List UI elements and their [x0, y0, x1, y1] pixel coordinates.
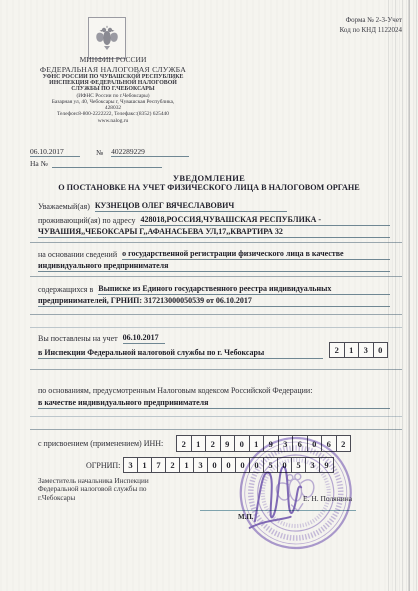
digit-cell: 2: [165, 457, 180, 473]
signer-title-line-2: Федеральной налоговой службы по: [38, 485, 149, 493]
form-number: Форма № 2-3-Учет: [340, 16, 402, 26]
section-divider: [30, 276, 402, 277]
digit-cell: 2: [329, 342, 345, 358]
signer-title-line-1: Заместитель начальника Инспекции: [38, 477, 149, 485]
digit-cell: 7: [151, 457, 166, 473]
reply-ref-blank: [52, 159, 162, 168]
basis-value-2: индивидуального предпринимателя: [38, 261, 390, 272]
official-seal-stamp: [219, 422, 374, 568]
coat-of-arms-icon: [88, 17, 126, 59]
inspection-name: в Инспекции Федеральной налоговой службы…: [38, 348, 323, 359]
section-divider: [30, 327, 402, 328]
digit-cell: 1: [191, 435, 207, 452]
digit-cell: 3: [358, 342, 374, 358]
digit-cell: 1: [137, 457, 152, 473]
section-divider: [30, 416, 402, 417]
number-sign: №: [96, 148, 103, 157]
residing-row: проживающий(ая) по адресу 428018,РОССИЯ,…: [38, 215, 390, 226]
contained-row: содержащихся в Выписке из Единого госуда…: [38, 284, 390, 295]
reply-ref-label: На №: [30, 159, 48, 168]
registered-date: 06.10.2017: [123, 333, 165, 344]
digit-cell: 3: [123, 457, 138, 473]
title-line-1: УВЕДОМЛЕНИЕ: [0, 173, 418, 183]
basis-value-1: о государственной регистрации физическог…: [122, 249, 390, 260]
inn-label: с присвоением (применением) ИНН:: [38, 439, 163, 449]
section-divider: [30, 242, 402, 243]
doc-number: 402289229: [111, 147, 189, 157]
form-meta: Форма № 2-3-Учет Код по КНД 1122024: [340, 16, 402, 35]
scan-streaks: [388, 0, 418, 591]
inspection-code-boxes: 2130: [330, 342, 388, 358]
document-title: УВЕДОМЛЕНИЕ О ПОСТАНОВКЕ НА УЧЕТ ФИЗИЧЕС…: [0, 173, 418, 193]
section-divider: [30, 369, 402, 370]
digit-cell: 0: [373, 342, 389, 358]
address-line-1: 428018,РОССИЯ,ЧУВАШСКАЯ РЕСПУБЛИКА -: [140, 215, 390, 226]
salutation-label: Уважаемый(ая): [38, 202, 90, 212]
letterhead-line: ФЕДЕРАЛЬНАЯ НАЛОГОВАЯ СЛУЖБА: [18, 65, 208, 74]
knd-code: Код по КНД 1122024: [340, 26, 402, 36]
basis-label: на основании сведений: [38, 250, 117, 260]
scanned-document-page: Форма № 2-3-Учет Код по КНД 1122024 МИНФ…: [0, 0, 418, 591]
digit-cell: 0: [207, 457, 222, 473]
contained-label: содержащихся в: [38, 285, 93, 295]
reference-line: 06.10.2017 № 402289229: [30, 147, 189, 157]
title-line-2: О ПОСТАНОВКЕ НА УЧЕТ ФИЗИЧЕСКОГО ЛИЦА В …: [0, 183, 418, 193]
letterhead-line: МИНФИН РОССИИ: [18, 56, 208, 65]
capacity-text: в качестве индивидуального предпринимате…: [38, 398, 390, 409]
letterhead: МИНФИН РОССИИ ФЕДЕРАЛЬНАЯ НАЛОГОВАЯ СЛУЖ…: [18, 56, 208, 124]
digit-cell: 2: [176, 435, 192, 452]
section-divider: [30, 314, 402, 315]
person-name: КУЗНЕЦОВ ОЛЕГ ВЯЧЕСЛАВОВИЧ: [95, 201, 287, 212]
contained-value-1: Выписке из Единого государственного реес…: [98, 284, 390, 295]
reply-reference-line: На №: [30, 159, 162, 168]
basis-row: на основании сведений о государственной …: [38, 249, 390, 260]
scan-streak-line: [408, 0, 410, 591]
digit-cell: 3: [193, 457, 208, 473]
registered-label: Вы поставлены на учет: [38, 334, 118, 344]
contained-value-2: предпринимателей, ГРНИП: 317213000050539…: [38, 296, 390, 307]
digit-cell: 1: [179, 457, 194, 473]
digit-cell: 1: [344, 342, 360, 358]
ogrnip-label: ОГРНИП:: [86, 461, 120, 471]
letterhead-website: www.nalog.ru: [18, 118, 208, 124]
grounds-text: по основаниям, предусмотренным Налоговым…: [38, 386, 390, 396]
residing-label: проживающий(ая) по адресу: [38, 216, 135, 226]
signer-title-line-3: г.Чебоксары: [38, 494, 149, 502]
doc-date: 06.10.2017: [30, 147, 80, 157]
double-headed-eagle-icon: [93, 22, 121, 54]
salutation-row: Уважаемый(ая) КУЗНЕЦОВ ОЛЕГ ВЯЧЕСЛАВОВИЧ: [38, 201, 390, 212]
letterhead-line: УФНС РОССИИ ПО ЧУВАШСКОЙ РЕСПУБЛИКЕ: [18, 74, 208, 80]
signer-title: Заместитель начальника Инспекции Федерал…: [38, 477, 149, 502]
address-line-2: ЧУВАШИЯ,,ЧЕБОКСАРЫ Г,,АФАНАСЬЕВА УЛ,17,,…: [38, 227, 390, 238]
